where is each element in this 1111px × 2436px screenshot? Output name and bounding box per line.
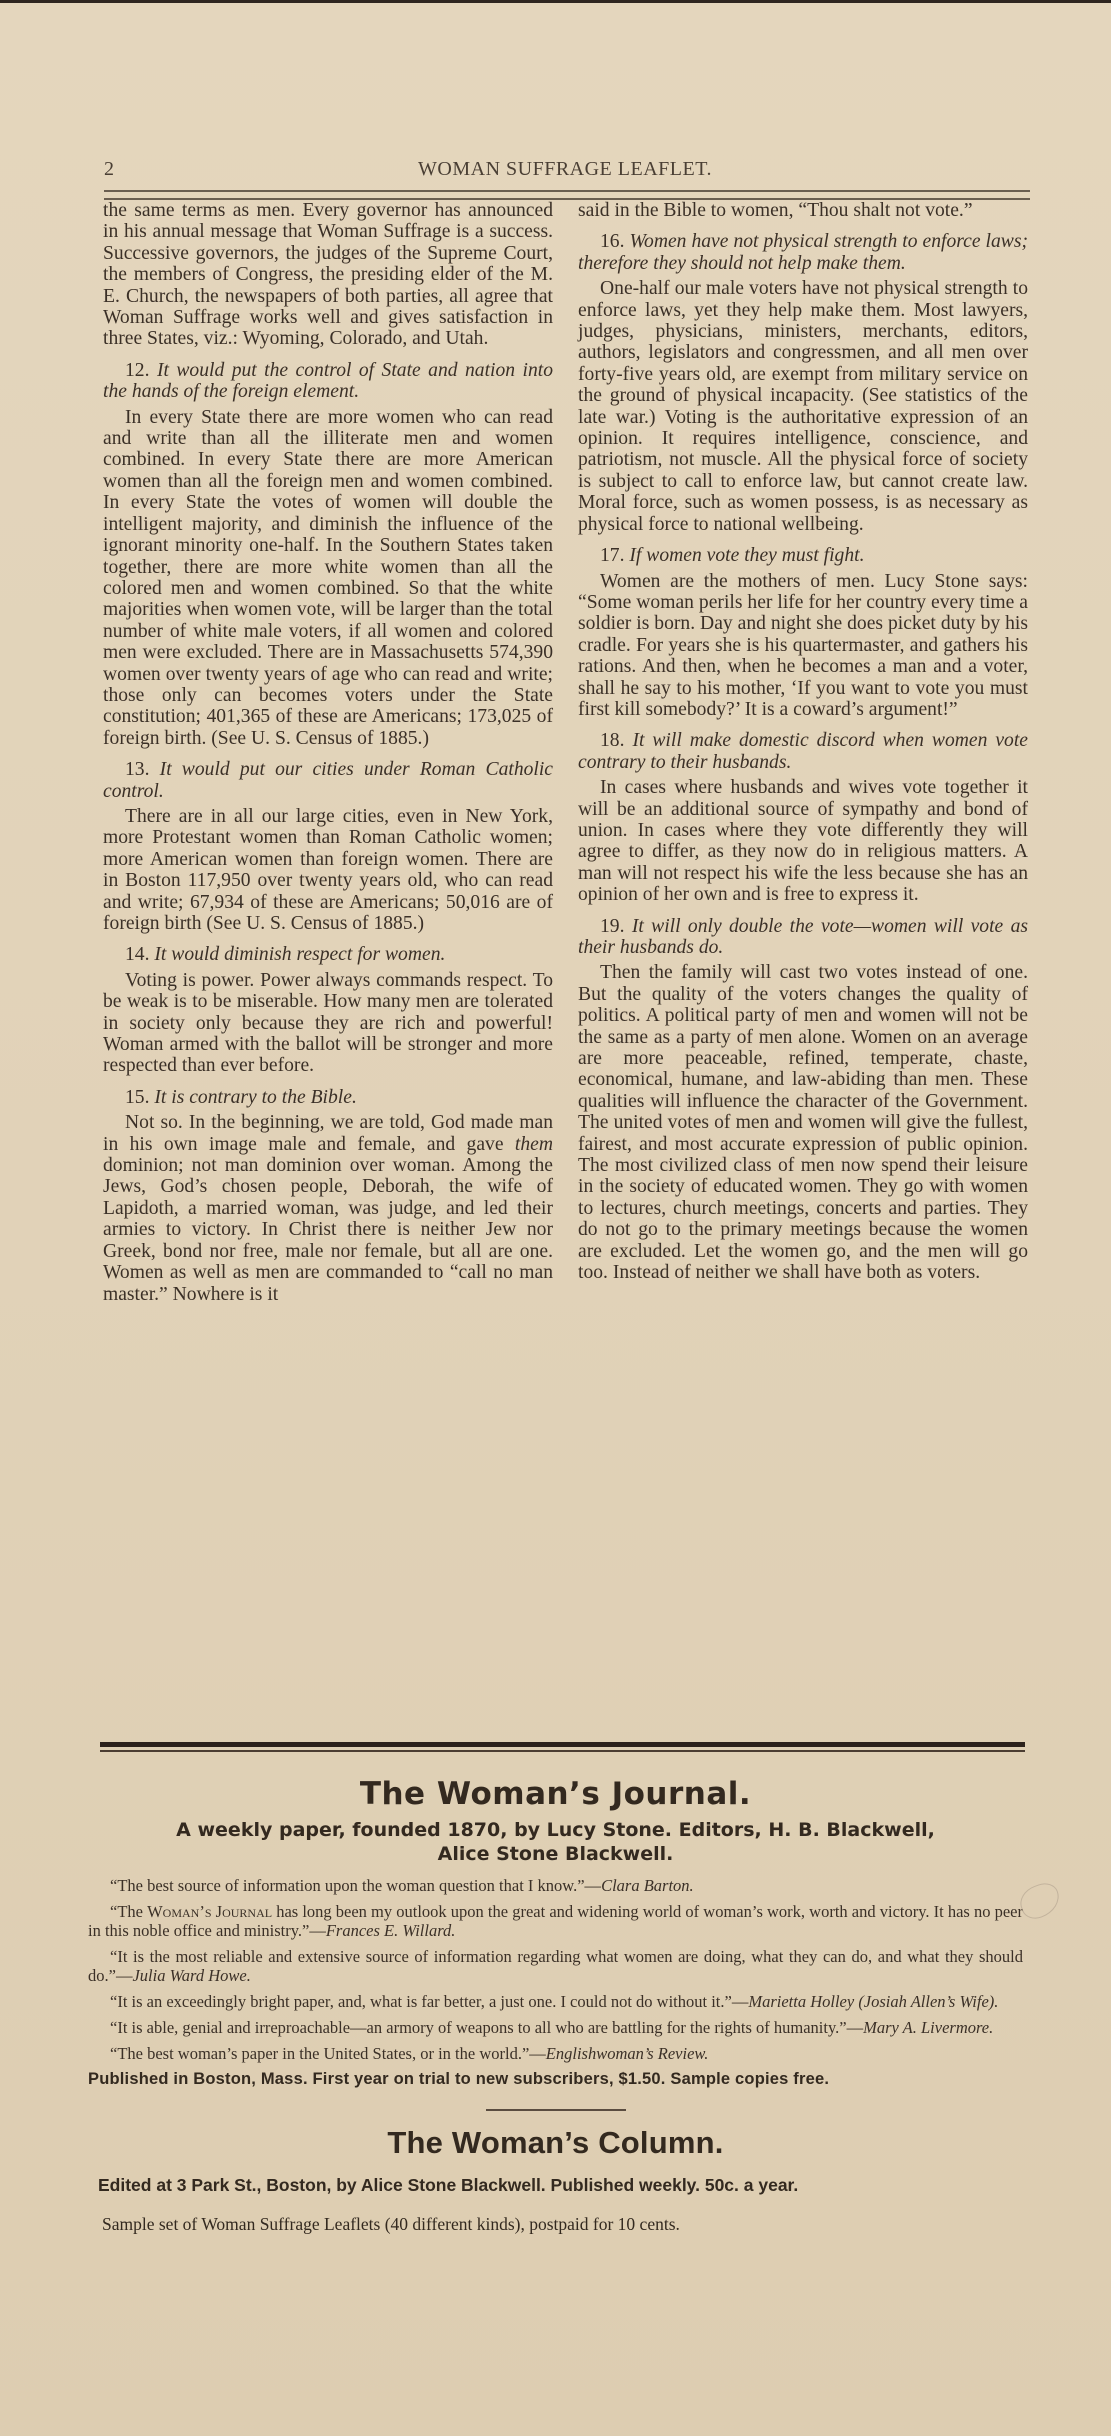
testimonial: “The best source of information upon the… [88, 1876, 1023, 1895]
journal-title: The Woman’s Journal. [88, 1776, 1023, 1812]
running-title: WOMAN SUFFRAGE LEAFLET. [100, 158, 1030, 181]
continued-paragraph: said in the Bible to women, “Thou shalt … [578, 200, 1028, 221]
objection-15-heading: 15. It is contrary to the Bible. [103, 1087, 553, 1108]
page-top-edge [0, 0, 1111, 3]
testimonial: “It is able, genial and irreproachable—a… [88, 2018, 1023, 2037]
advertisement-section: The Woman’s Journal. A weekly paper, fou… [88, 1770, 1023, 2235]
objection-18-answer: In cases where husbands and wives vote t… [578, 777, 1028, 905]
header-double-rule [104, 190, 1030, 200]
pencil-mark [1016, 1879, 1065, 1923]
objection-18-heading: 18. It will make domestic discord when w… [578, 730, 1028, 773]
leaflet-sample-offer: Sample set of Woman Suffrage Leaflets (4… [88, 2214, 1023, 2235]
short-divider-rule [486, 2109, 626, 2111]
leaflet-page: 2 WOMAN SUFFRAGE LEAFLET. the same terms… [0, 0, 1111, 2436]
column-subtitle: Edited at 3 Park St., Boston, by Alice S… [88, 2175, 1023, 2196]
objection-12-heading: 12. It would put the control of State an… [103, 360, 553, 403]
testimonials: “The best source of information upon the… [88, 1876, 1023, 2063]
testimonial: “It is the most reliable and extensive s… [88, 1947, 1023, 1985]
objection-12-answer: In every State there are more women who … [103, 407, 553, 750]
left-column: the same terms as men. Every governor ha… [103, 200, 553, 1305]
testimonial: “It is an exceedingly bright paper, and,… [88, 1992, 1023, 2011]
objection-19-heading: 19. It will only double the vote—women w… [578, 916, 1028, 959]
right-column: said in the Bible to women, “Thou shalt … [578, 200, 1028, 1284]
objection-13-answer: There are in all our large cities, even … [103, 806, 553, 934]
testimonial: “The Woman’s Journal has long been my ou… [88, 1902, 1023, 1940]
section-divider-rule [100, 1742, 1025, 1752]
objection-15-answer: Not so. In the beginning, we are told, G… [103, 1112, 553, 1305]
objection-16-answer: One-half our male voters have not physic… [578, 278, 1028, 535]
objection-17-heading: 17. If women vote they must fight. [578, 545, 1028, 566]
objection-16-heading: 16. Women have not physical strength to … [578, 231, 1028, 274]
testimonial: “The best woman’s paper in the United St… [88, 2044, 1023, 2063]
objection-13-heading: 13. It would put our cities under Roman … [103, 759, 553, 802]
journal-publication-info: Published in Boston, Mass. First year on… [88, 2070, 1023, 2089]
objection-17-answer: Women are the mothers of men. Lucy Stone… [578, 571, 1028, 721]
running-head: 2 WOMAN SUFFRAGE LEAFLET. [100, 152, 1030, 182]
journal-subtitle: A weekly paper, founded 1870, by Lucy St… [88, 1818, 1023, 1866]
column-title: The Woman’s Column. [88, 2125, 1023, 2161]
objection-19-answer: Then the family will cast two votes inst… [578, 962, 1028, 1283]
continued-paragraph: the same terms as men. Every governor ha… [103, 200, 553, 350]
objection-14-answer: Voting is power. Power always commands r… [103, 970, 553, 1077]
objection-14-heading: 14. It would diminish respect for women. [103, 944, 553, 965]
